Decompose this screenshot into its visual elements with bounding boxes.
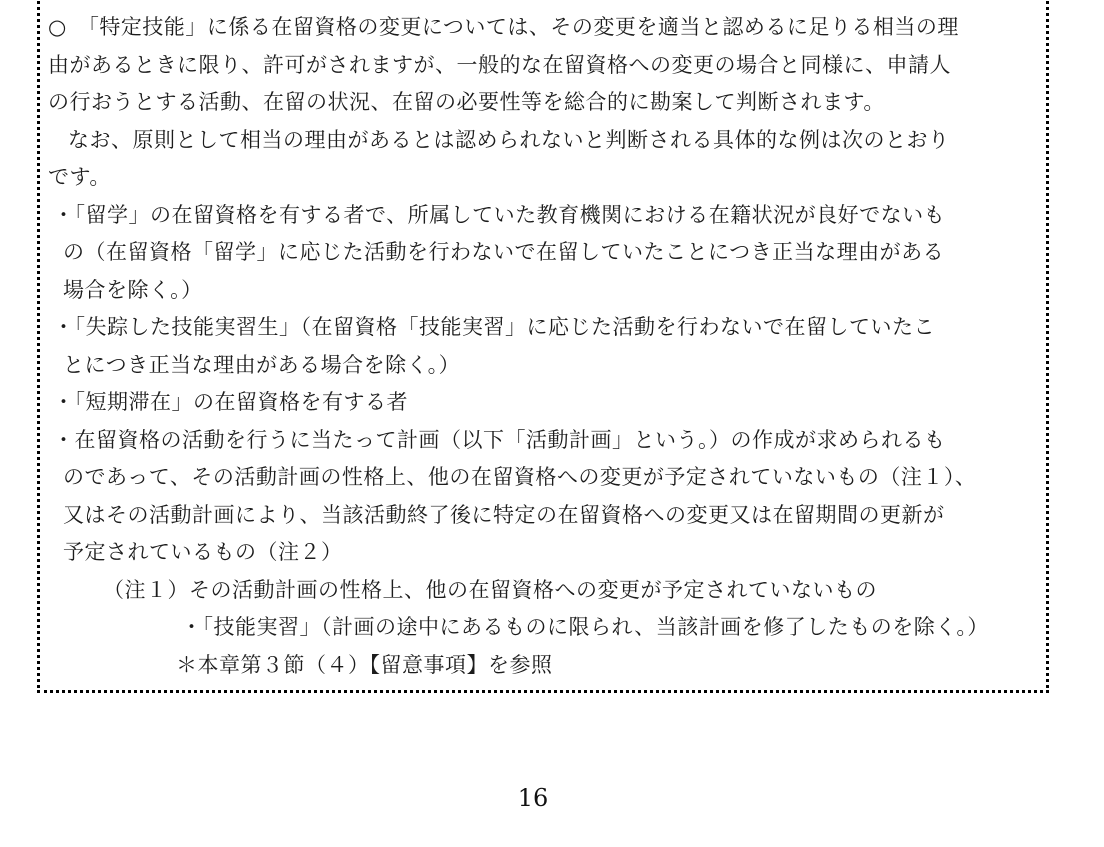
dotted-box: ○ 「特定技能」に係る在留資格の変更については、その変更を適当と認めるに足りる相…	[37, 0, 1049, 693]
text-line: ・「失踪した技能実習生」（在留資格「技能実習」に応じた活動を行わないで在留してい…	[48, 309, 1040, 347]
text-line: ・「留学」の在留資格を有する者で、所属していた教育機関における在籍状況が良好でな…	[48, 197, 1040, 235]
text-line: とにつき正当な理由がある場合を除く。）	[48, 347, 1040, 385]
text-line: 由があるときに限り、許可がされますが、一般的な在留資格への変更の場合と同様に、申…	[48, 47, 1040, 85]
text-line: ・在留資格の活動を行うに当たって計画（以下「活動計画」という。）の作成が求められ…	[48, 422, 1040, 460]
page-number: 16	[28, 784, 1038, 812]
text-line: ＊本章第３節（４）【留意事項】を参照	[48, 647, 1040, 685]
text-line: の（在留資格「留学」に応じた活動を行わないで在留していたことにつき正当な理由があ…	[48, 234, 1040, 272]
text-line: です。	[48, 159, 1040, 197]
text-line: 又はその活動計画により、当該活動終了後に特定の在留資格への変更又は在留期間の更新…	[48, 497, 1040, 535]
text-line: 場合を除く。）	[48, 272, 1040, 310]
text-line: ○ 「特定技能」に係る在留資格の変更については、その変更を適当と認めるに足りる相…	[48, 9, 1040, 47]
text-line: ・「技能実習」（計画の途中にあるものに限られ、当該計画を修了したものを除く。）	[48, 609, 1040, 647]
text-line: の行おうとする活動、在留の状況、在留の必要性等を総合的に勘案して判断されます。	[48, 84, 1040, 122]
text-line: 予定されているもの（注２）	[48, 534, 1040, 572]
text-line: （注１）その活動計画の性格上、他の在留資格への変更が予定されていないもの	[48, 572, 1040, 610]
document-page: ○ 「特定技能」に係る在留資格の変更については、その変更を適当と認めるに足りる相…	[0, 0, 1104, 847]
text-line: ・「短期滞在」の在留資格を有する者	[48, 384, 1040, 422]
text-line: のであって、その活動計画の性格上、他の在留資格への変更が予定されていないもの（注…	[48, 459, 1040, 497]
text-line: なお、原則として相当の理由があるとは認められないと判断される具体的な例は次のとお…	[48, 122, 1040, 160]
